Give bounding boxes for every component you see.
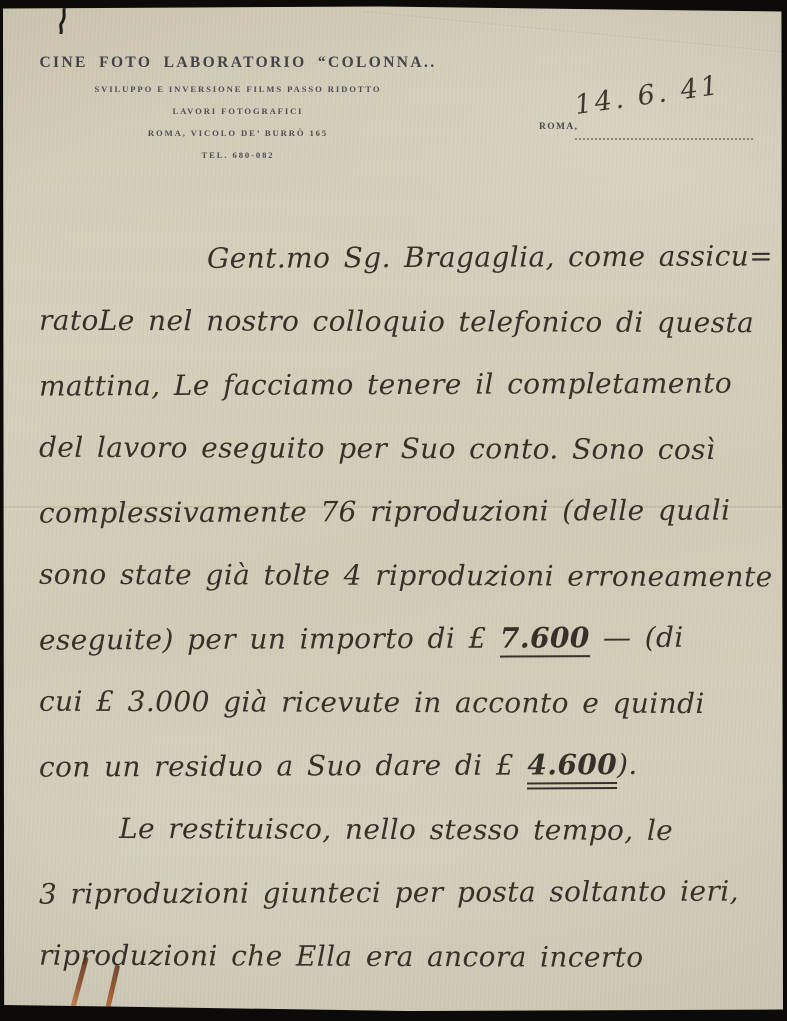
handwritten-line: mattina, Le facciamo tenere il completam… (39, 351, 765, 418)
handwriting-text: ratoLe nel nostro colloquio telefonico d… (39, 303, 754, 338)
handwriting-text: eseguite) per un importo di £ (39, 622, 500, 657)
handwritten-line: eseguite) per un importo di £ 7.600 — (d… (39, 605, 765, 672)
company-address: ROMA, VICOLO DE’ BURRÒ 165 (39, 128, 437, 138)
diagonal-crease (364, 11, 787, 56)
handwriting-text: del lavoro eseguito per Suo conto. Sono … (39, 430, 715, 465)
handwritten-line: Gent.mo Sg. Bragaglia, come assicu= (39, 224, 765, 291)
letterhead: CINE FOTO LABORATORIO “COLONNA.. SVILUPP… (39, 54, 437, 160)
handwritten-line: 3 riproduzioni giunteci per posta soltan… (39, 859, 765, 926)
handwritten-line: sono state già tolte 4 riproduzioni erro… (39, 542, 765, 608)
handwriting-text: complessivamente 76 riproduzioni (delle … (39, 494, 731, 530)
handwritten-line: ratoLe nel nostro colloquio telefonico d… (39, 288, 765, 354)
company-name: CINE FOTO LABORATORIO “COLONNA.. (39, 54, 437, 72)
date-dotted-rule (575, 138, 753, 140)
handwritten-line: con un residuo a Suo dare di £ 4.600). (39, 732, 765, 799)
handwriting-text: sono state già tolte 4 riproduzioni erro… (39, 557, 773, 593)
handwriting-text: 3 riproduzioni giunteci per posta soltan… (39, 875, 739, 911)
handwritten-lines: Gent.mo Sg. Bragaglia, come assicu=ratoL… (39, 226, 765, 988)
dateline: ROMA, 14. 6. 41 (531, 92, 749, 147)
handwriting-text: riproduzioni che Ella era ancora incerto (39, 938, 644, 973)
company-services: LAVORI FOTOGRAFICI (39, 106, 437, 116)
handwriting-text: mattina, Le facciamo tenere il completam… (39, 367, 732, 403)
company-tagline: SVILUPPO E INVERSIONE FILMS PASSO RIDOTT… (39, 84, 437, 94)
dateline-city-label: ROMA, (539, 122, 578, 132)
handwriting-text: con un residuo a Suo dare di £ (39, 748, 528, 783)
underlined-amount: 7.600 (500, 621, 590, 657)
handwritten-line: Le restituisco, nello stesso tempo, le (39, 796, 765, 862)
handwritten-line: del lavoro eseguito per Suo conto. Sono … (39, 415, 765, 481)
company-phone: TEL. 680-082 (39, 150, 437, 160)
handwriting-text: — (di (590, 621, 684, 654)
handwriting-text: Gent.mo Sg. Bragaglia, come assicu= (207, 239, 773, 274)
paper-sheet: CINE FOTO LABORATORIO “COLONNA.. SVILUPP… (3, 6, 783, 1012)
underlined-amount: 4.600 (527, 748, 617, 789)
pen-mark-icon (53, 6, 75, 34)
handwriting-text: Le restituisco, nello stesso tempo, le (119, 812, 673, 847)
handwriting-text: cui £ 3.000 già ricevute in acconto e qu… (39, 684, 705, 719)
handwritten-line: riproduzioni che Ella era ancora incerto (39, 923, 765, 989)
scanned-letter-page: { "colors": { "paper": "#d3cdbb", "backg… (0, 0, 787, 1021)
handwriting-text: ). (617, 748, 638, 781)
handwritten-line: cui £ 3.000 già ricevute in acconto e qu… (39, 669, 765, 735)
handwritten-date: 14. 6. 41 (573, 70, 723, 121)
handwritten-line: complessivamente 76 riproduzioni (delle … (39, 478, 765, 545)
